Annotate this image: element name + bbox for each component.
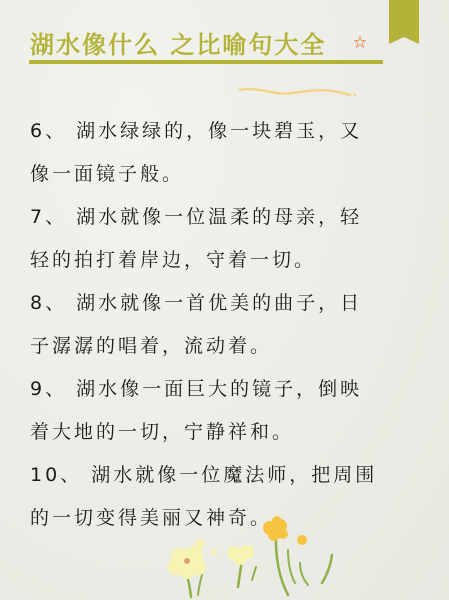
wave-squiggle-decoration	[238, 84, 358, 100]
list-item-line: 着大地的一切，宁静祥和。	[30, 411, 420, 454]
list-item-line: 子潺潺的唱着，流动着。	[30, 325, 420, 368]
flowers-illustration	[150, 515, 350, 600]
star-icon	[354, 36, 366, 48]
list-item-line: 像一面镜子般。	[30, 153, 420, 196]
bookmark-ribbon-icon	[389, 0, 419, 44]
list-item-line: 7、 湖水就像一位温柔的母亲，轻	[30, 196, 420, 239]
simile-list: 6、 湖水绿绿的，像一块碧玉，又 像一面镜子般。 7、 湖水就像一位温柔的母亲，…	[30, 110, 420, 540]
list-item-line: 轻的拍打着岸边，守着一切。	[30, 239, 420, 282]
title-underline	[29, 60, 383, 64]
page-background: 湖水像什么 之比喻句大全 6、 湖水绿绿的，像一块碧玉，又 像一面镜子般。 7、…	[0, 0, 449, 600]
list-item-line: 9、 湖水像一面巨大的镜子，倒映	[30, 368, 420, 411]
list-item-line: 6、 湖水绿绿的，像一块碧玉，又	[30, 110, 420, 153]
page-title: 湖水像什么 之比喻句大全	[30, 28, 382, 62]
list-item-line: 8、 湖水就像一首优美的曲子，日	[30, 282, 420, 325]
list-item-line: 10、 湖水就像一位魔法师，把周围	[30, 454, 420, 497]
